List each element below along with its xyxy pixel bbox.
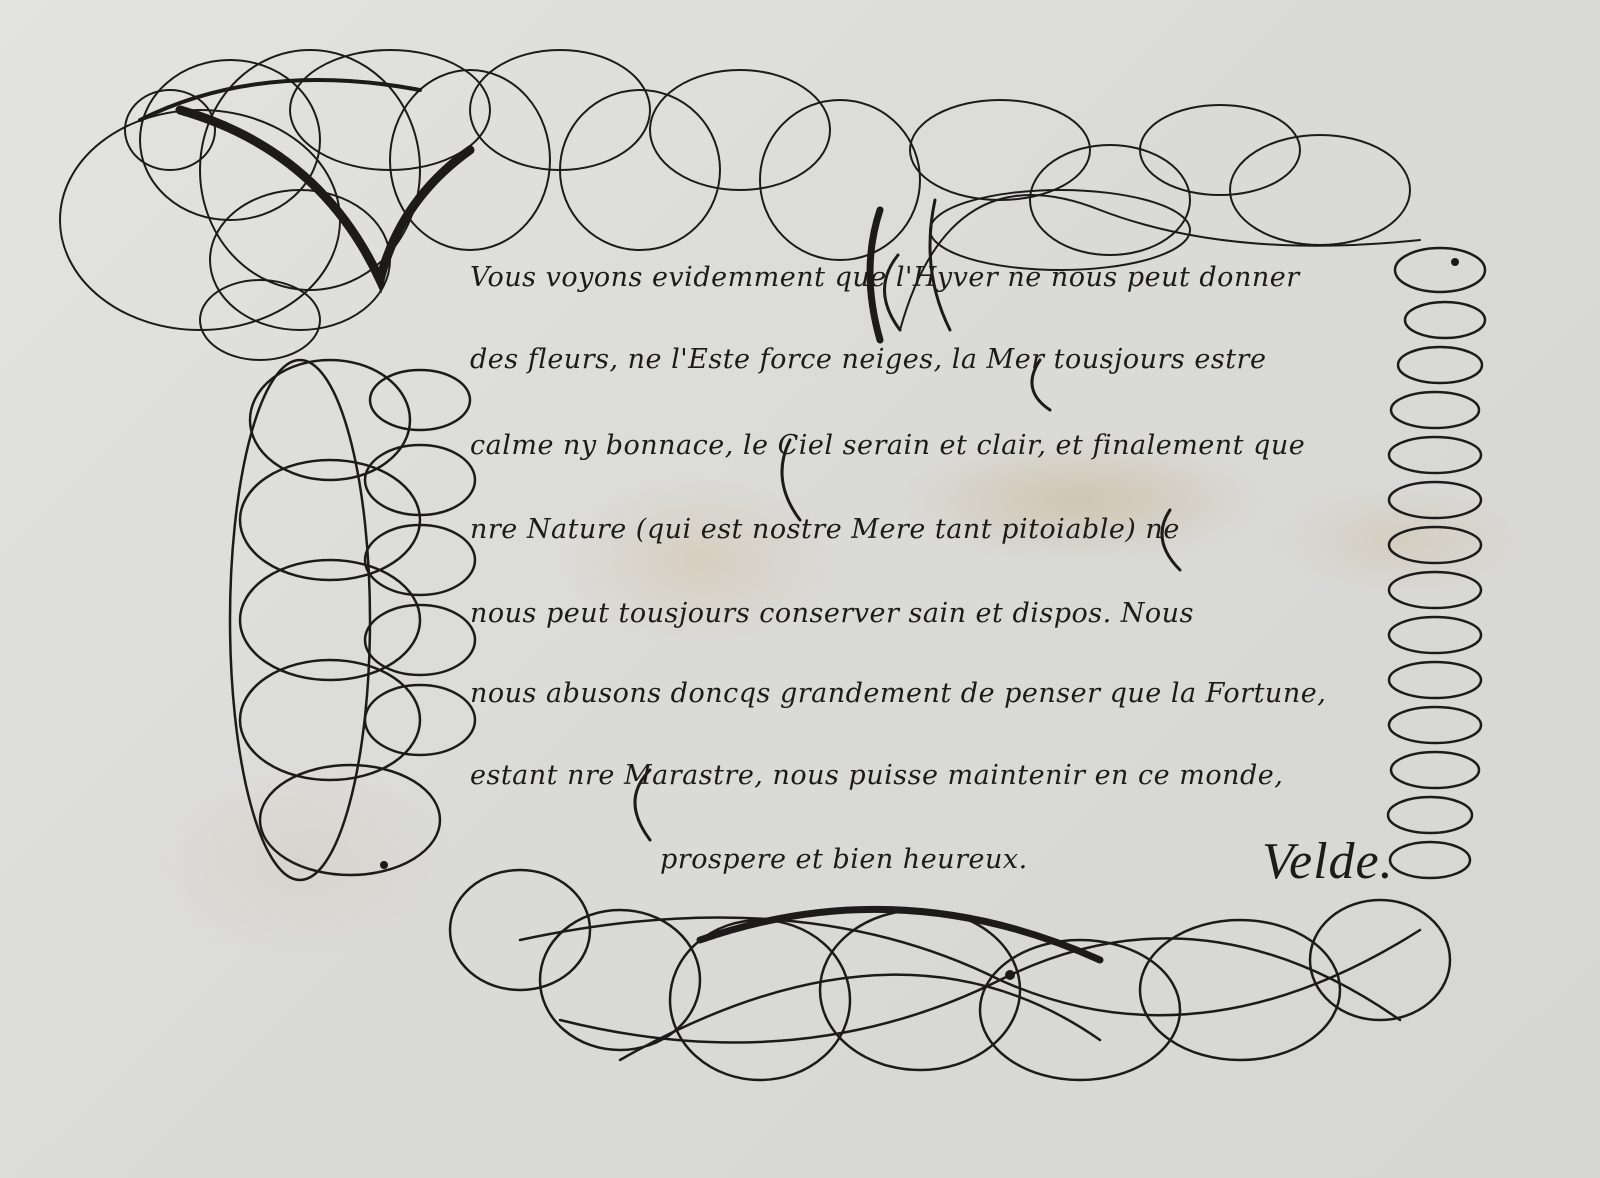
initial-v-stroke <box>180 110 470 280</box>
initial-v-flourish <box>60 50 920 360</box>
text-line-5: nous peut tousjours conserver sain et di… <box>470 598 1194 629</box>
signature: Velde. <box>1262 832 1394 891</box>
text-line-1: Vous voyons evidemment que l'Hyver ne no… <box>470 262 1300 293</box>
text-line-4: nre Nature (qui est nostre Mere tant pit… <box>470 514 1180 545</box>
bottom-interlace <box>450 870 1450 1080</box>
flourish-ornaments <box>0 0 1600 1178</box>
right-border-loops <box>1388 248 1485 878</box>
text-line-8: prospere et bien heureux. <box>660 844 1028 875</box>
calligraphy-page: Vous voyons evidemment que l'Hyver ne no… <box>0 0 1600 1178</box>
text-line-6: nous abusons doncqs grandement de penser… <box>470 678 1326 709</box>
text-line-7: estant nre Marastre, nous puisse mainten… <box>470 760 1283 791</box>
left-border-loops <box>230 360 475 880</box>
text-line-2: des fleurs, ne l'Este force neiges, la M… <box>470 344 1266 375</box>
text-line-3: calme ny bonnace, le Ciel serain et clai… <box>470 430 1305 461</box>
